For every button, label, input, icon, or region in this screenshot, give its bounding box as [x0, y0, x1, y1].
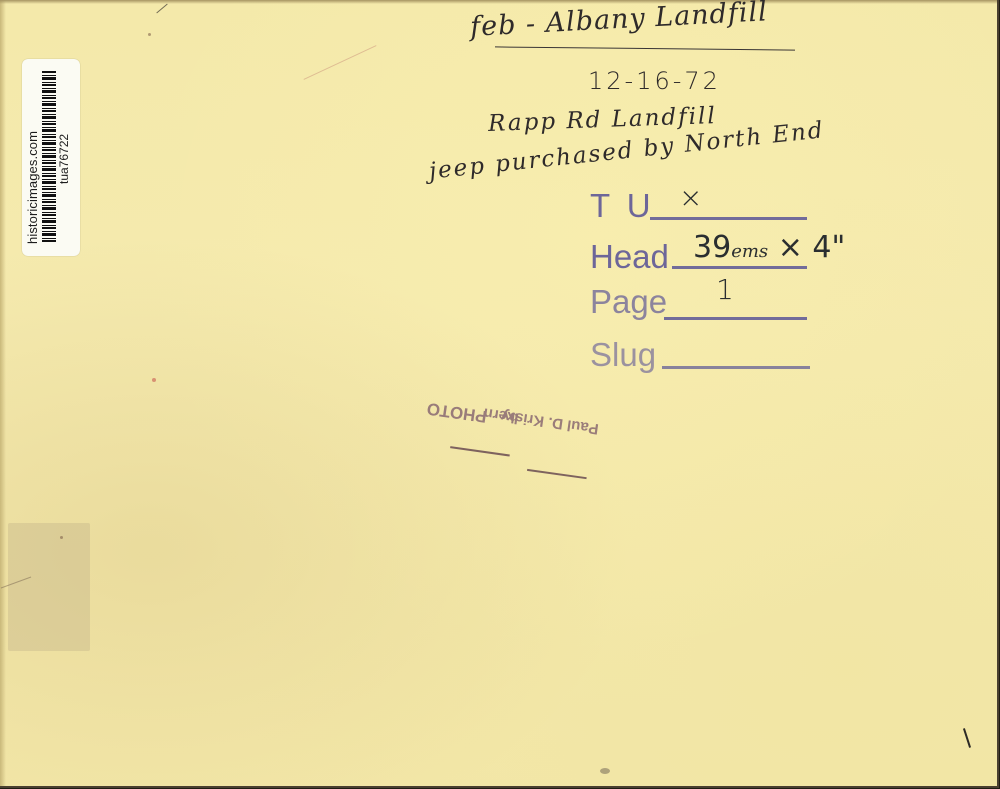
pen-mark	[963, 728, 971, 748]
barcode-label-content: historicimages.com tua76722	[26, 62, 76, 252]
slug-field-line	[662, 366, 810, 369]
pen-mark	[156, 4, 167, 14]
tu-field-value: ×	[679, 181, 702, 214]
paper-spot	[60, 536, 63, 539]
stamp-page-label: Page	[590, 283, 667, 321]
stamp-tu-label: T U	[590, 187, 655, 225]
paper-edge-top	[0, 0, 997, 4]
photo-back-paper: historicimages.com tua76722 feb - Albany…	[0, 0, 999, 788]
credit-photo-text: PHOTO	[426, 398, 488, 426]
paper-edge-left	[0, 0, 6, 786]
label-site-text: historicimages.com	[25, 131, 40, 244]
handwritten-date: 12-16-72	[588, 67, 721, 95]
paper-spot	[148, 33, 151, 36]
page-field-line	[664, 317, 807, 320]
barcode-icon	[42, 70, 56, 242]
barcode-label: historicimages.com tua76722	[22, 59, 80, 256]
title-underline	[495, 46, 795, 50]
credit-line	[450, 446, 510, 456]
page-field-value: 1	[716, 273, 734, 306]
credit-line	[527, 469, 587, 479]
head-field-line	[672, 266, 807, 269]
tu-field-line	[650, 217, 807, 220]
label-id-text: tua76722	[57, 134, 71, 184]
head-field-value: 39ems × 4"	[693, 230, 845, 265]
stamp-head-label: Head	[590, 238, 669, 276]
head-value-unit: ems	[731, 241, 768, 262]
stamp-slug-label: Slug	[590, 336, 656, 374]
photo-credit-stamp: PHOTO by Paul D. Kriskern	[379, 315, 611, 506]
paper-spot	[600, 768, 610, 774]
paper-stain	[8, 523, 90, 651]
handwritten-title: feb - Albany Landfill	[469, 0, 768, 43]
paper-spot	[152, 378, 156, 382]
credit-photographer-name: Paul D. Kriskern	[483, 404, 600, 437]
head-value-suffix: × 4"	[778, 230, 846, 265]
paper-crease	[304, 45, 377, 80]
head-value-number: 39	[693, 230, 731, 265]
